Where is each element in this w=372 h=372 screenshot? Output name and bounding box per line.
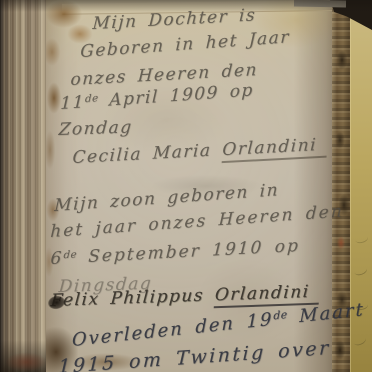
line-text: 11 [60, 92, 85, 114]
line-mijn-dochter: Mijn Dochter is [92, 5, 257, 34]
line-text: 6 [50, 248, 64, 269]
handwriting-block: Mijn Dochter is Geboren in het Jaar onze… [0, 0, 372, 372]
line-date-september-1910: 6de September 1910 op [50, 236, 300, 269]
superscript-de: de [63, 249, 77, 261]
superscript-de: de [85, 93, 99, 105]
old-book-page-photo: Mijn Dochter is Geboren in het Jaar onze… [0, 0, 372, 372]
surname-underlined: Orlandini [222, 135, 328, 164]
line-zondag: Zondag [58, 117, 133, 140]
surname-underlined: Orlandini [214, 282, 320, 309]
superscript-de: de [273, 308, 287, 323]
given-names: Cecilia Maria [72, 140, 223, 168]
line-cecilia-name: Cecilia Maria Orlandini [72, 135, 328, 168]
line-text: September 1910 op [76, 236, 300, 268]
